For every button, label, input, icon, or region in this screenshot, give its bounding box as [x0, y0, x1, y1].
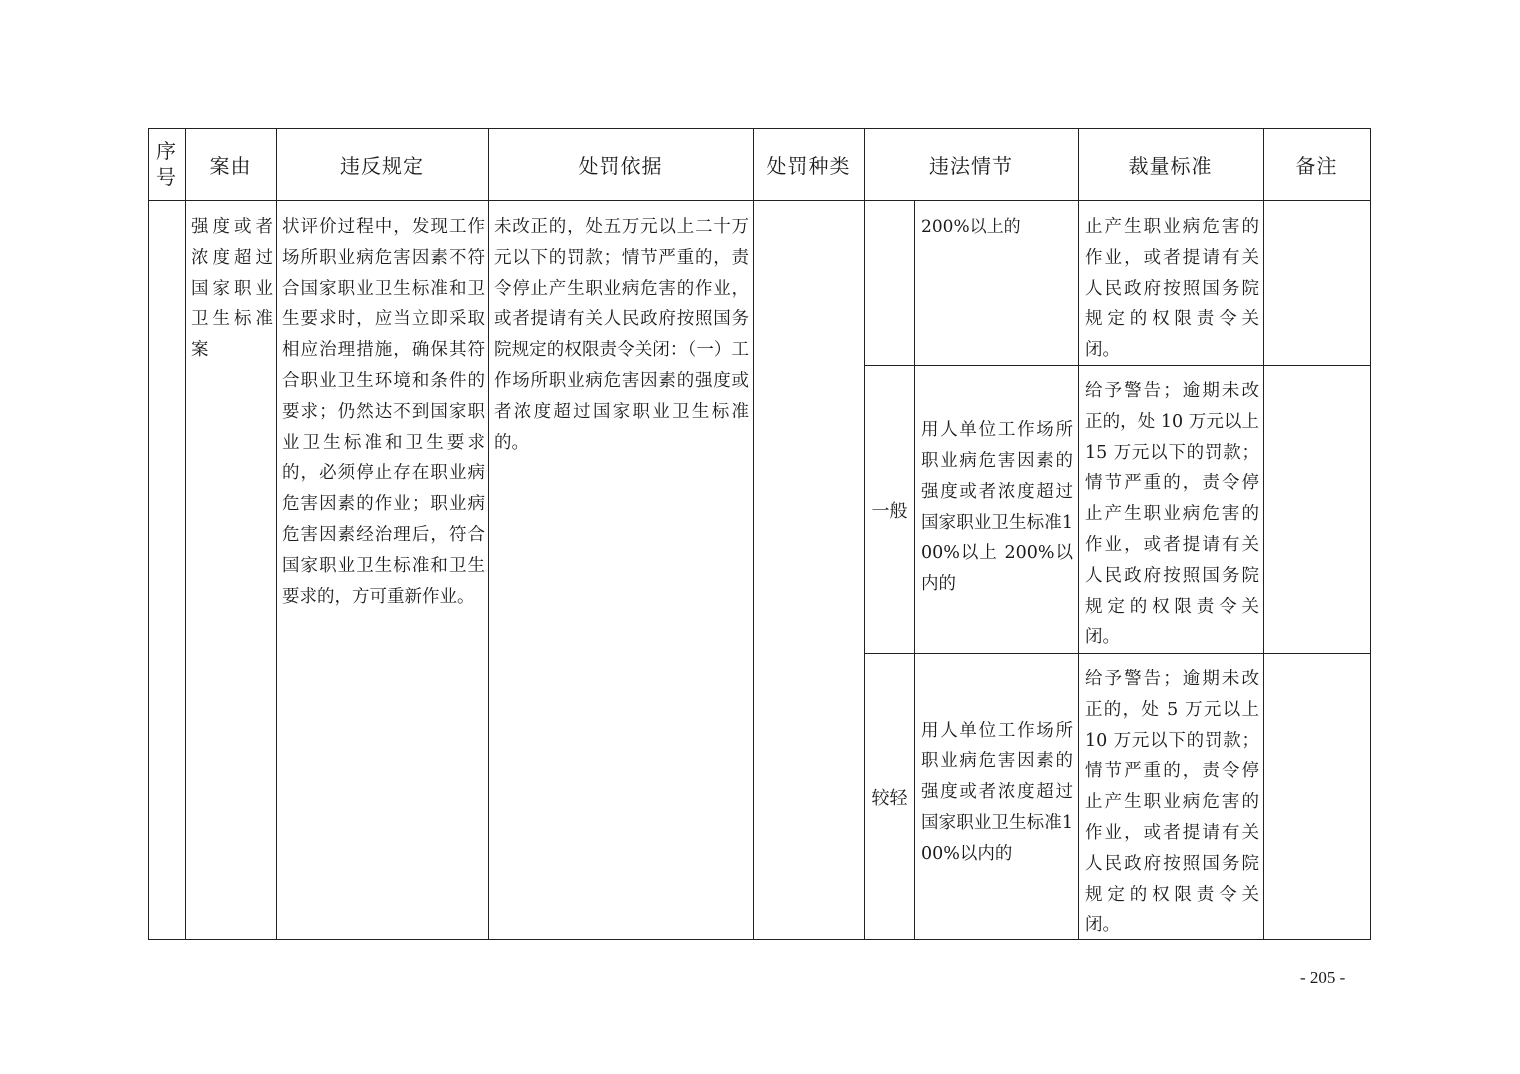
header-remark: 备注: [1263, 128, 1370, 200]
remark-cell: [1264, 654, 1370, 939]
header-seq-char: 序: [156, 138, 177, 164]
standard-cell: 给予警告；逾期未改正的，处 5 万元以上 10 万元以下的罚款；情节严重的，责令…: [1079, 658, 1263, 941]
header-cause: 案由: [185, 128, 276, 200]
circumstance-text: 用人单位工作场所职业病危害因素的强度或者浓度超过国家职业卫生标准100%以内的: [921, 716, 1073, 870]
penalty-type-cell: [754, 206, 864, 212]
table-border-left: [148, 128, 149, 940]
header-divider: [148, 200, 1371, 201]
violation-cell: 状评价过程中，发现工作场所职业病危害因素不符合国家职业卫生标准和卫生要求时，应当…: [277, 206, 488, 612]
header-seq-char: 号: [156, 164, 177, 190]
remark-cell: [1264, 366, 1370, 653]
header-basis: 处罚依据: [488, 128, 753, 200]
header-standard: 裁量标准: [1078, 128, 1263, 200]
circumstance-text: 用人单位工作场所职业病危害因素的强度或者浓度超过国家职业卫生标准100%以上 2…: [921, 415, 1073, 600]
remark-cell: [1264, 201, 1370, 365]
cause-cell: 强度或者浓度超过国家职业卫生标准案: [186, 206, 276, 366]
header-penalty-type: 处罚种类: [753, 128, 864, 200]
table-border-right: [1370, 128, 1371, 940]
penalty-table: 序 号 案由 违反规定 处罚依据 处罚种类 违法情节 裁量标准 备注 强度或者浓…: [148, 128, 1371, 940]
basis-cell: 未改正的，处五万元以上二十万元以下的罚款；情节严重的，责令停止产生职业病危害的作…: [489, 206, 753, 458]
circumstance-cell: 用人单位工作场所职业病危害因素的强度或者浓度超过国家职业卫生标准100%以上 2…: [915, 366, 1078, 653]
col-divider: [753, 128, 754, 940]
page-number: - 205 -: [1300, 968, 1345, 988]
header-violation: 违反规定: [276, 128, 488, 200]
level-cell: 一般: [865, 366, 914, 653]
circumstance-cell: 用人单位工作场所职业病危害因素的强度或者浓度超过国家职业卫生标准100%以内的: [915, 654, 1078, 939]
header-circumstance: 违法情节: [864, 128, 1078, 200]
standard-cell: 给予警告；逾期未改正的，处 10 万元以上 15 万元以下的罚款；情节严重的，责…: [1079, 370, 1263, 653]
circumstance-cell: 200%以上的: [915, 206, 1078, 243]
header-seq: 序 号: [148, 128, 185, 200]
standard-cell: 止产生职业病危害的作业，或者提请有关人民政府按照国务院规定的权限责令关闭。: [1079, 206, 1263, 366]
level-cell: 较轻: [865, 654, 914, 939]
